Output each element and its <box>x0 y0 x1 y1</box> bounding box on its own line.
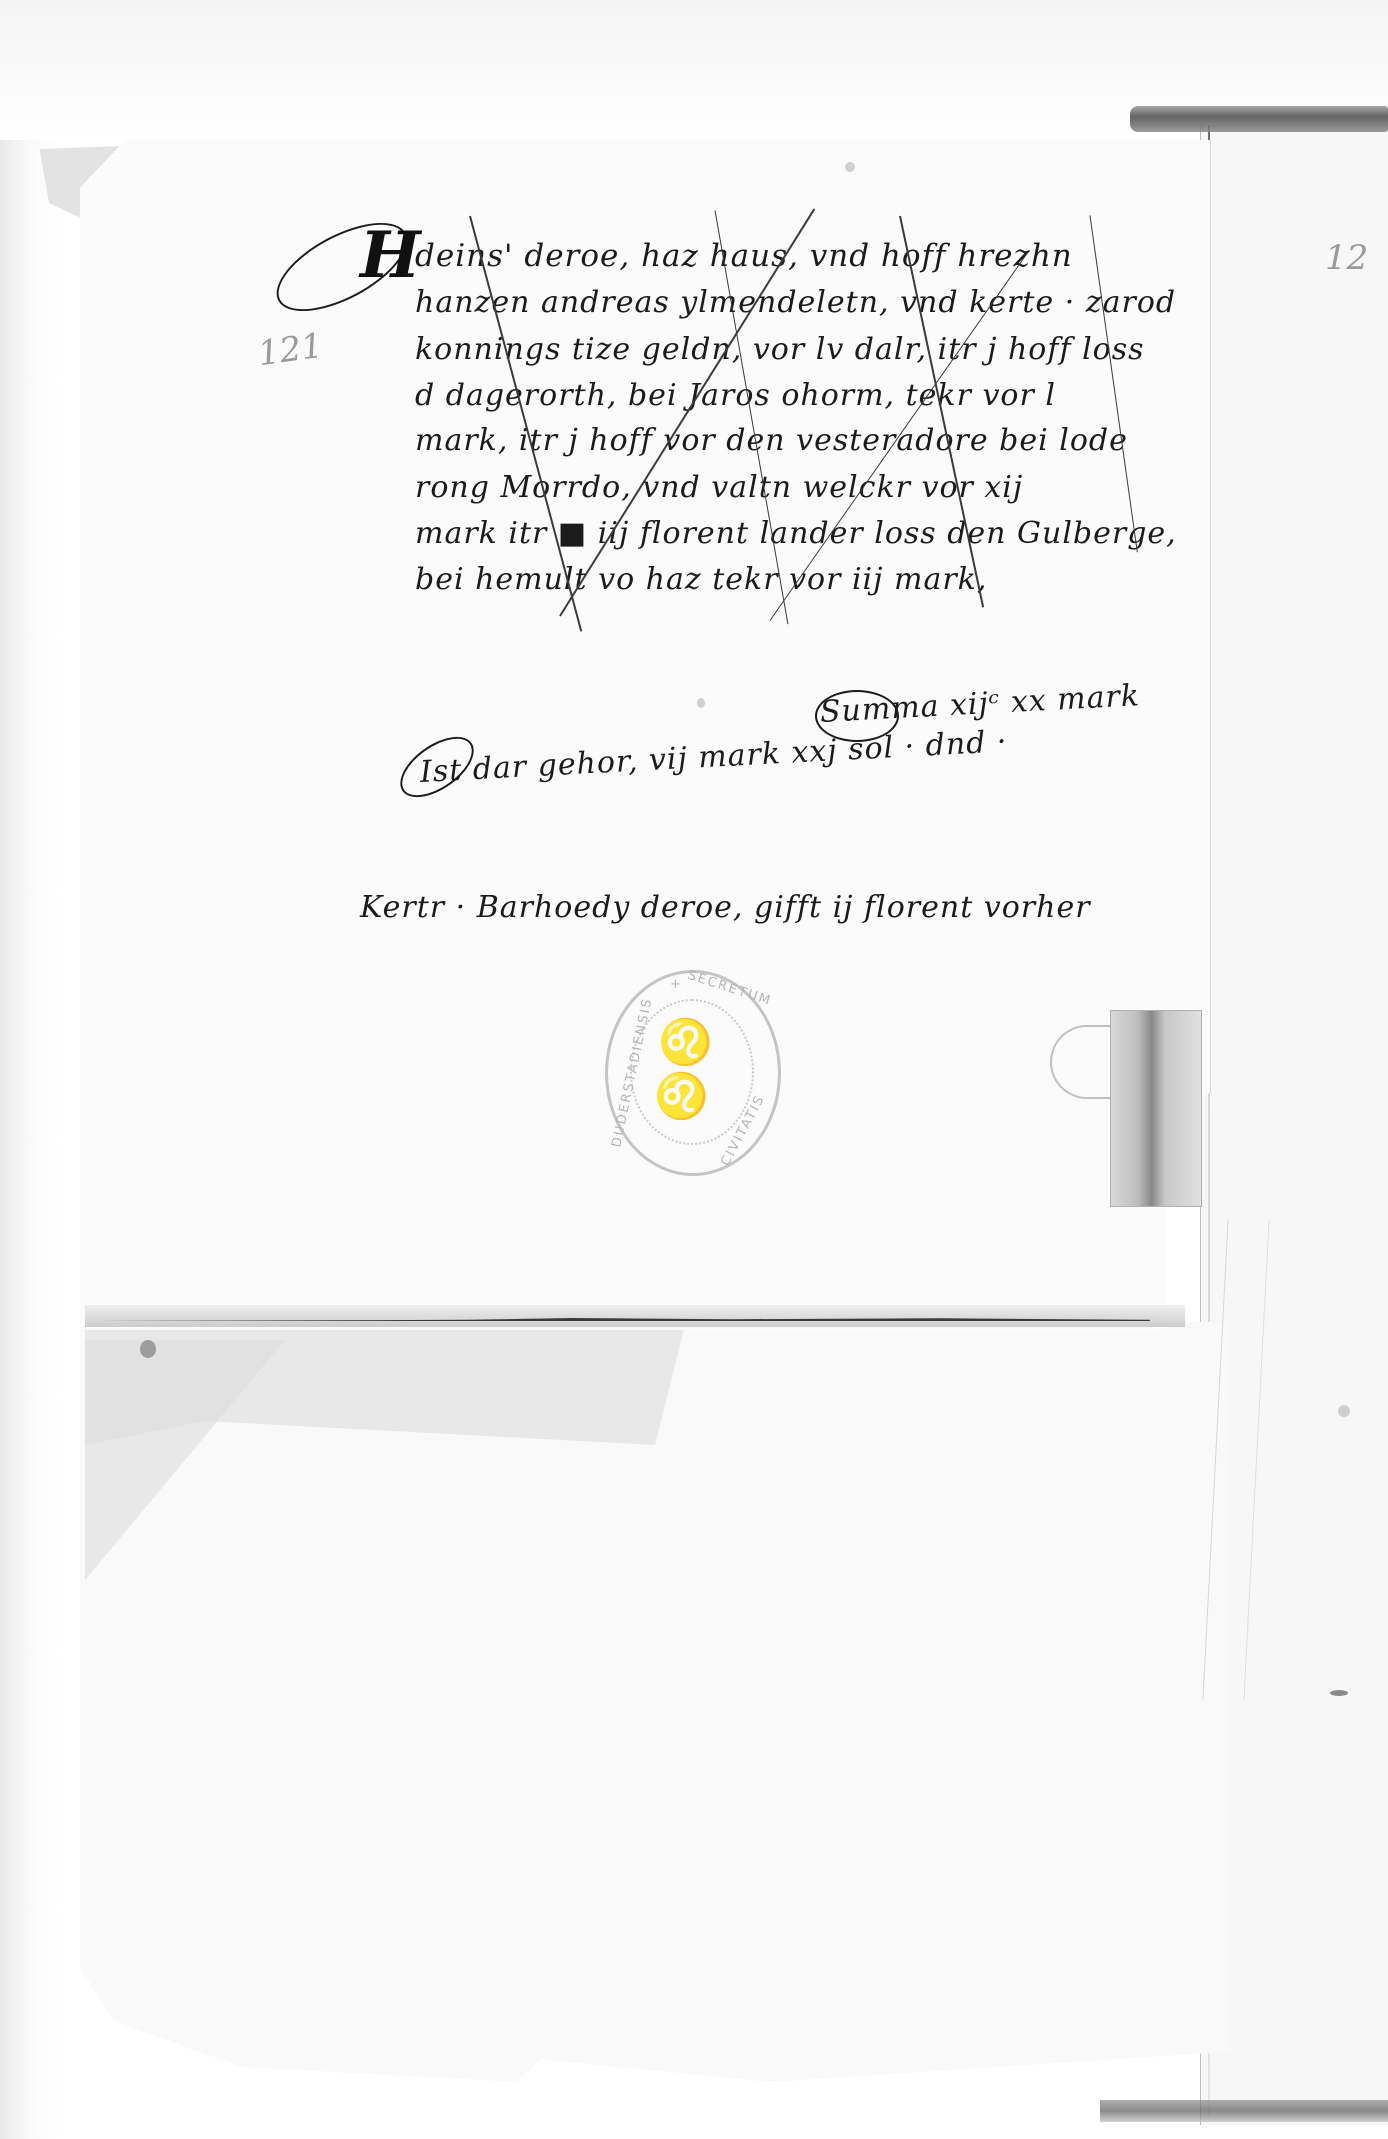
entry-line-4: d dagerorth, bei Jaros ohorm, tekr vor l <box>415 378 1056 413</box>
lion-icon: ♌ <box>654 1075 709 1119</box>
ink-spot <box>697 698 705 708</box>
entry-line-6: rong Morrdo, vnd valtn welckr vor xij <box>415 470 1023 505</box>
ink-spot <box>845 162 855 172</box>
entry-line-3: konnings tize geldn, vor lv dalr, itr j … <box>415 332 1145 367</box>
stain <box>1330 1690 1348 1696</box>
binding-strip <box>1110 1010 1202 1207</box>
stain <box>140 1340 156 1358</box>
folio-torn-edge <box>85 1305 1185 1327</box>
entry-initial: H <box>360 218 420 293</box>
entry-line-2: hanzen andreas ylmendeletn, vnd kerte · … <box>415 285 1176 320</box>
entry-line-8: bei hemult vo haz tekr vor iij mark, <box>415 562 987 597</box>
entry-line-5: mark, itr j hoff vor den vesteradore bei… <box>415 423 1128 458</box>
binding-bottom-edge <box>1100 2100 1388 2122</box>
entry-line-1: deins' deroe, haz haus, vnd hoff hrezhn <box>415 238 1073 274</box>
entry-line-7: mark itr ■ iij florent lander loss den G… <box>415 516 1177 551</box>
city-seal-stamp: SECRETUM + CIVITATIS DUDERSTADIENSIS ♌ ♌ <box>605 970 781 1176</box>
seal-separator: + <box>670 977 683 992</box>
binding-top-edge <box>1130 106 1388 132</box>
stain <box>1338 1405 1350 1417</box>
lion-icon: ♌ <box>658 1021 713 1065</box>
right-folio-number: 12 <box>1325 238 1368 278</box>
final-entry-line: Kertr · Barhoedy deroe, gifft ij florent… <box>360 890 1091 925</box>
